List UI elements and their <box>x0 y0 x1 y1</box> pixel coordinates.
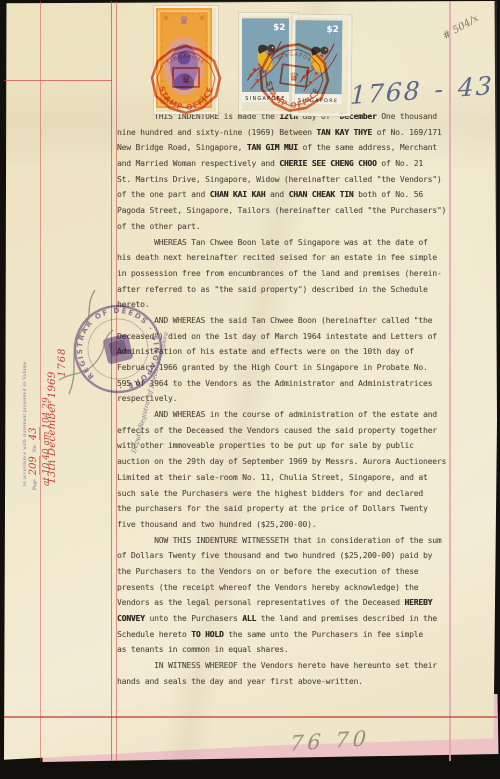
typed-line: St. Martins Drive, Singapore, Widow (her… <box>117 175 453 191</box>
top-left-rule-line <box>4 80 112 81</box>
typed-line: Limited at their sale-room No. 11, Chuli… <box>117 473 453 489</box>
typed-line: hands and seals the day and year first a… <box>117 677 453 693</box>
svg-text:♛: ♛ <box>179 14 189 27</box>
chop-crown-icon: ♛ <box>288 69 301 84</box>
bottom-rule-line <box>4 716 497 718</box>
margin-page-endorsement: Page 209 No. 43 <box>28 427 40 490</box>
photo-backdrop: THIS INDENTURE is made the 12th day of D… <box>0 0 500 779</box>
typed-line: CONVEY unto the Purchasers ALL the land … <box>117 614 453 630</box>
page-number-handwritten: 209 <box>28 456 40 475</box>
typed-line: hereto. <box>117 300 453 316</box>
typed-line: nine hundred and sixty-nine (1969) Betwe… <box>117 128 453 144</box>
typed-line: AND WHEREAS in the course of administrat… <box>117 410 453 426</box>
left-outer-rule-line <box>40 1 41 761</box>
typed-line: as tenants in common in equal shares. <box>117 645 453 661</box>
typed-line: after referred to as "the said property"… <box>117 285 453 301</box>
typed-line: WHEREAS Tan Chwee Boon late of Singapore… <box>117 238 453 254</box>
typed-line: auction on the 29th day of September 196… <box>117 457 453 473</box>
typed-line: such sale the Purchasers were the highes… <box>117 489 453 505</box>
chop-crown-icon: ♛ <box>181 72 192 86</box>
typed-line: his death next hereinafter recited seise… <box>117 253 453 269</box>
typed-line: New Bridge Road, Singapore, TAN GIM MUI … <box>117 143 453 159</box>
typed-line: NOW THIS INDENTURE WITNESSETH that in co… <box>117 536 453 552</box>
typed-line: Pagoda Street, Singapore, Tailors (herei… <box>117 206 453 222</box>
typed-line: of the one part and CHAN KAI KAH and CHA… <box>117 190 453 206</box>
typed-line: the Purchasers to the Vendors on or befo… <box>117 567 453 583</box>
typed-line: in possession free from encumbrances of … <box>117 269 453 285</box>
no-label: No. <box>32 444 38 452</box>
typed-line: presents (the receipt whereof the Vendor… <box>117 583 453 599</box>
typed-line: of Dollars Twenty five thousand and two … <box>117 551 453 567</box>
stamp-value: $2 <box>273 23 285 33</box>
typed-line: of the other part. <box>117 222 453 238</box>
typed-line: AND WHEREAS the said Tan Chwee Boon (her… <box>117 316 453 332</box>
svg-text:STAMP OFFICE: STAMP OFFICE <box>157 85 215 112</box>
typed-line: respectively. <box>117 394 453 410</box>
signature-flourish-icon <box>55 282 119 400</box>
typed-line: Vendors as the legal personal representa… <box>117 598 453 614</box>
typed-text: THIS INDENTURE is made the 12th day of D… <box>117 112 453 692</box>
stamp-office-chop-icon: ♛ SINGAPORE STAMP OFFICE <box>148 44 224 116</box>
stamp-office-chop-icon: ♛ SINGAPORE STAMP OFFICE <box>251 37 336 119</box>
page-label: Page <box>32 479 38 490</box>
chop-bottom-text: STAMP OFFICE <box>157 85 215 112</box>
typed-line: IN WITNESS WHEREOF the Vendors hereto ha… <box>117 661 453 677</box>
typed-line: and Married Woman respectively and CHERI… <box>117 159 453 175</box>
typed-line: Schedule hereto TO HOLD the same unto th… <box>117 630 453 646</box>
entry-number-handwritten: 43 <box>28 427 40 440</box>
typed-line: the purchasers for the said property at … <box>117 504 453 520</box>
typed-line: with other immoveable properties to be p… <box>117 441 453 457</box>
typed-line: five thousand and two hundred ($25,200-0… <box>117 520 453 536</box>
typed-line: effects of the Deceased the Vendors caus… <box>117 426 453 442</box>
stamp-value: $2 <box>326 25 338 35</box>
